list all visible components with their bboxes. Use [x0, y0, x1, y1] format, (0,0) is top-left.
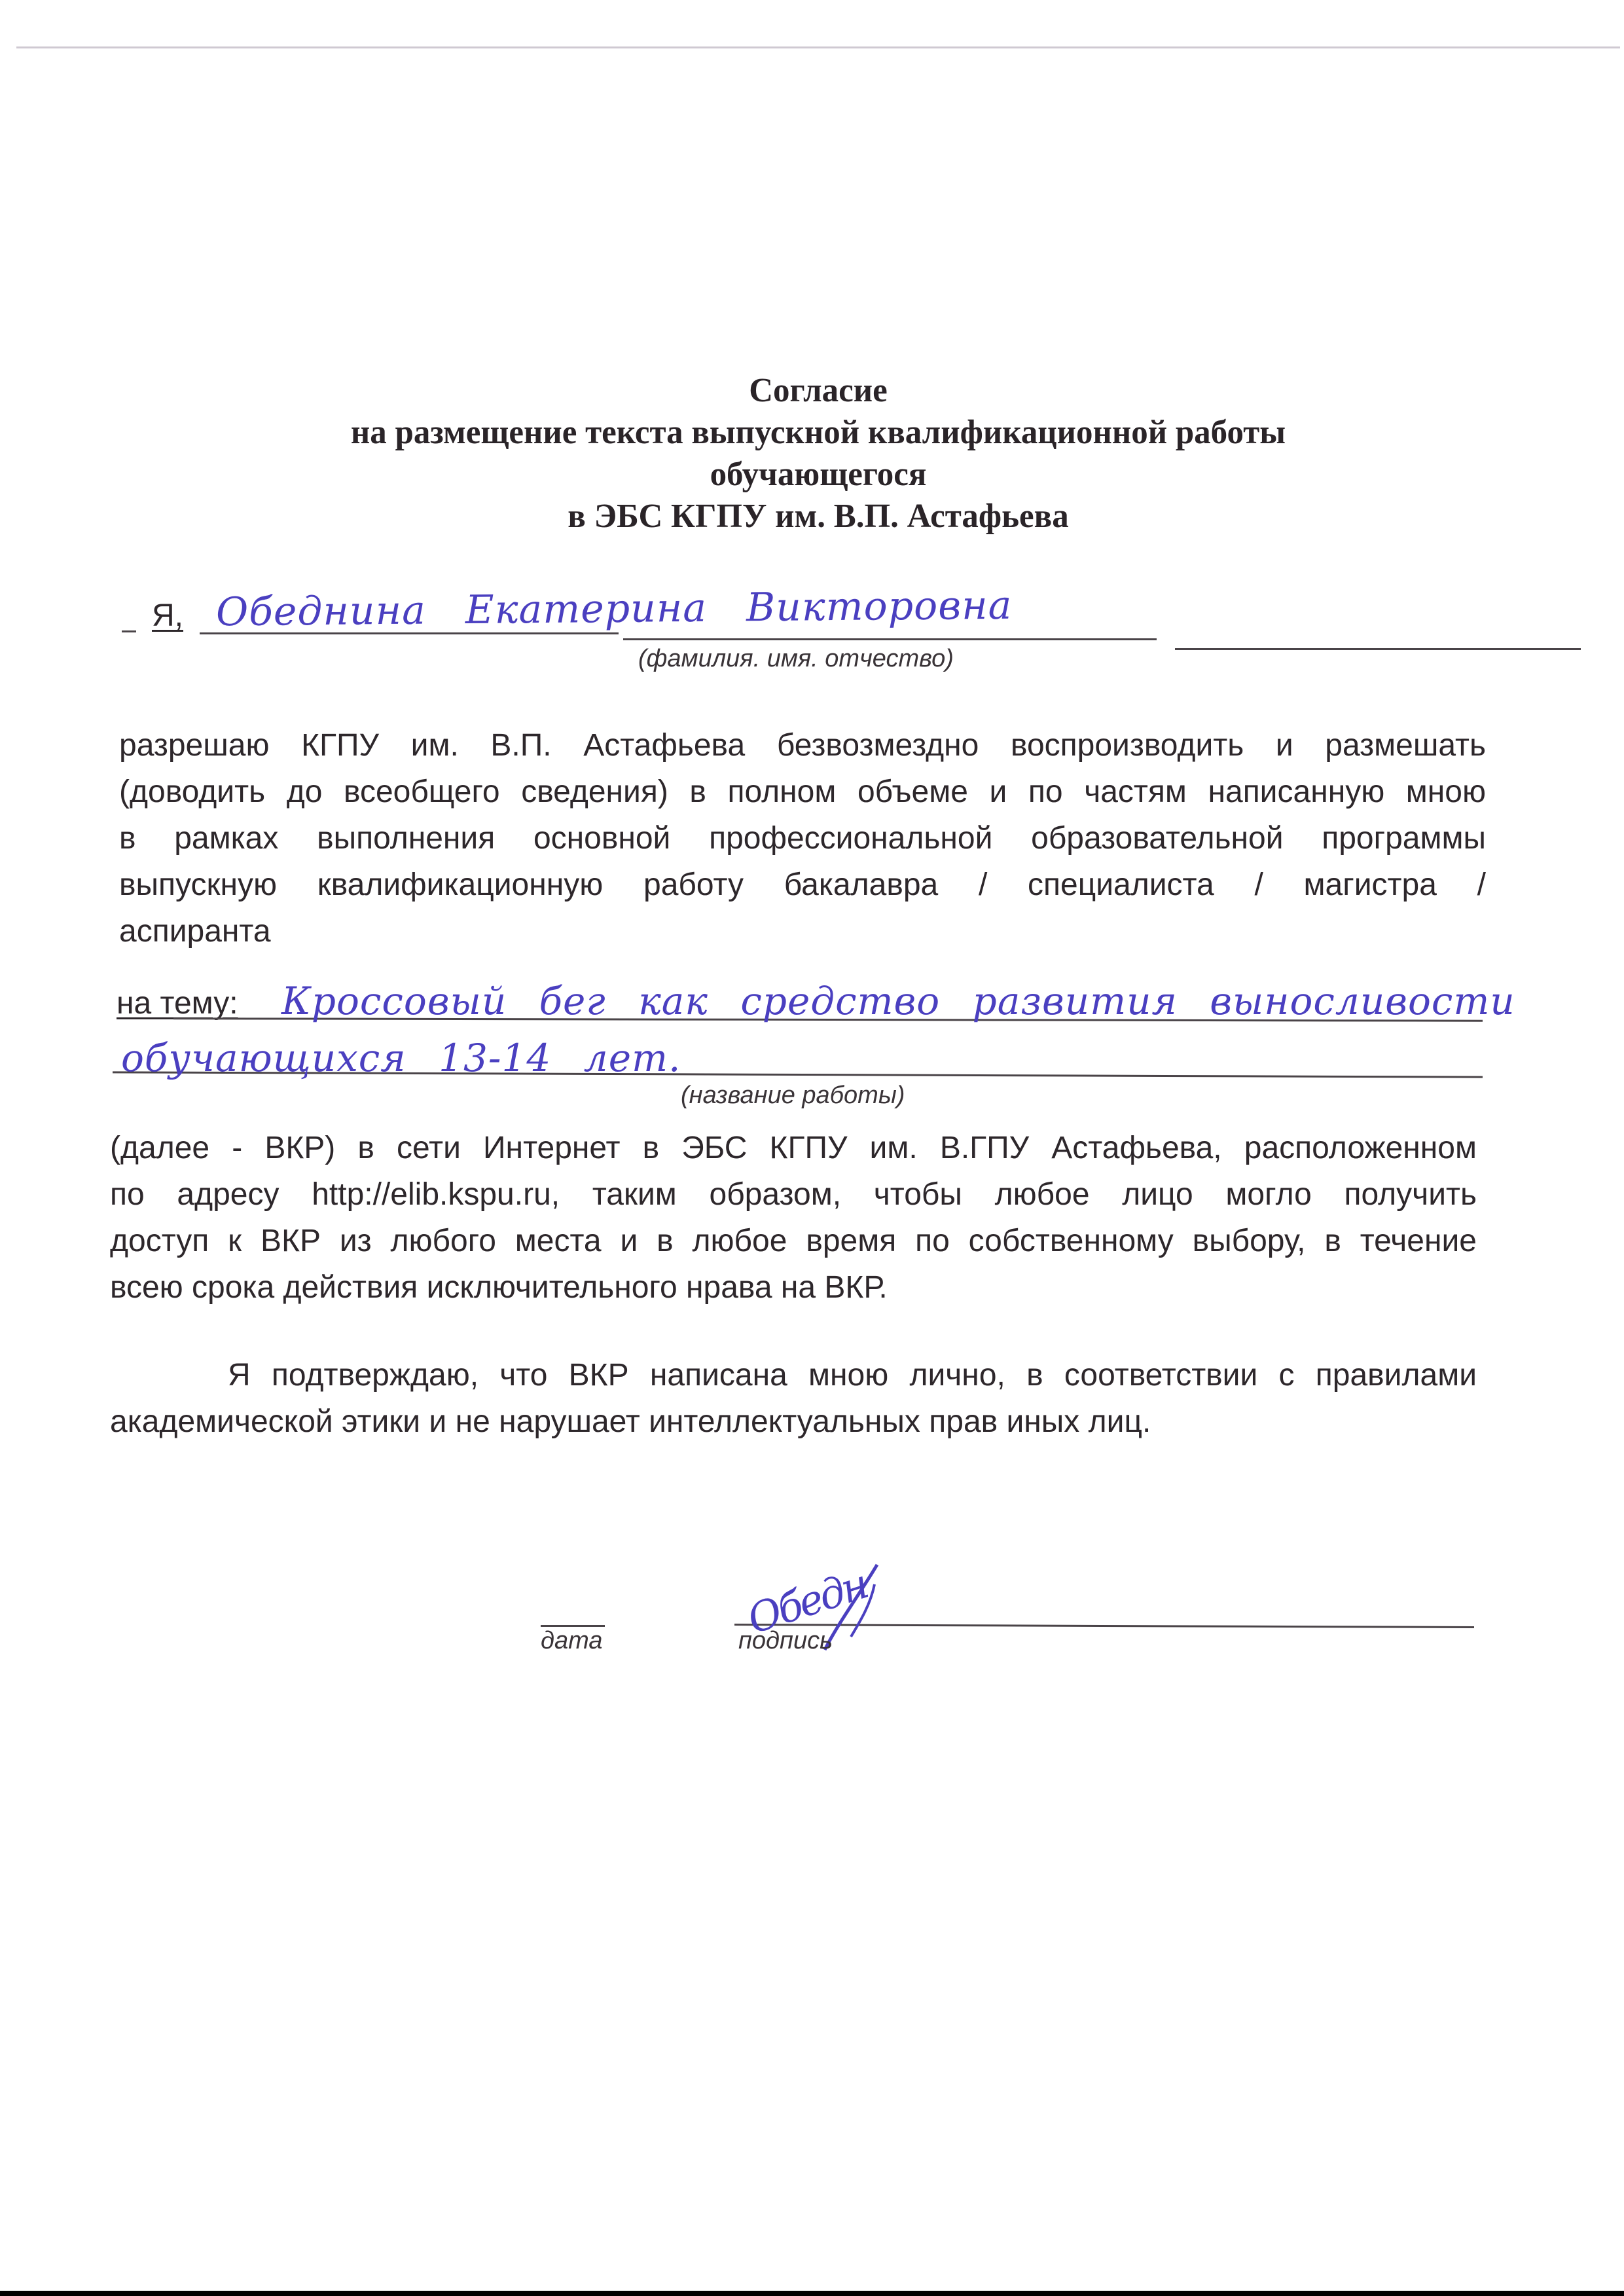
signature-label: подпись — [738, 1627, 833, 1655]
theme-caption: (название работы) — [681, 1082, 905, 1110]
document-title: Согласие на размещение текста выпускной … — [196, 370, 1440, 538]
handwritten-theme-line-2: обучающихся 13-14 лет. — [121, 1036, 681, 1080]
title-line-consent: Согласие — [209, 370, 1428, 412]
title-line-student: обучающегося — [209, 454, 1428, 496]
publication-line: (далее - ВКР) в сети Интернет в ЭБС КГПУ… — [110, 1125, 1477, 1171]
confirmation-line: академической этики и не нарушает интелл… — [110, 1398, 1477, 1445]
publication-line: по адресу http://elib.kspu.ru, таким обр… — [110, 1171, 1477, 1218]
confirmation-line: Я подтверждаю, что ВКР написана мною лич… — [110, 1352, 1477, 1398]
publication-paragraph: (далее - ВКР) в сети Интернет в ЭБС КГПУ… — [110, 1125, 1477, 1311]
permission-line: аспиранта — [119, 908, 1486, 955]
permission-line: (доводить до всеобщего сведения) в полно… — [119, 769, 1486, 815]
confirmation-paragraph: Я подтверждаю, что ВКР написана мною лич… — [110, 1352, 1477, 1445]
permission-line: выпускную квалификационную работу бакала… — [119, 862, 1486, 908]
scan-bottom-edge — [0, 2291, 1624, 2296]
publication-line: доступ к ВКР из любого места и в любое в… — [110, 1218, 1477, 1264]
name-line-3 — [1175, 648, 1581, 650]
permission-paragraph: разрешаю КГПУ им. В.П. Астафьева безвозм… — [119, 722, 1486, 955]
name-line-2 — [623, 638, 1157, 640]
title-line-ebs: в ЭБС КГПУ им. В.П. Астафьева — [209, 496, 1428, 538]
permission-line: в рамках выполнения основной профессиона… — [119, 815, 1486, 862]
name-caption: (фамилия. имя. отчество) — [638, 645, 954, 673]
handwritten-full-name: Обеднина Екатерина Викторовна — [216, 583, 1013, 636]
date-label: дата — [541, 1627, 603, 1655]
permission-line: разрешаю КГПУ им. В.П. Астафьева безвозм… — [119, 722, 1486, 769]
handwritten-theme-line-1: Кроссовый бег как средство развития выно… — [281, 979, 1515, 1023]
name-lead-dash — [122, 630, 136, 632]
publication-line: всею срока действия исключительного нрав… — [110, 1264, 1477, 1311]
name-prefix: Я, — [152, 592, 183, 639]
scan-edge-line — [16, 46, 1620, 48]
title-line-subject: на размещение текста выпускной квалифика… — [209, 412, 1428, 454]
